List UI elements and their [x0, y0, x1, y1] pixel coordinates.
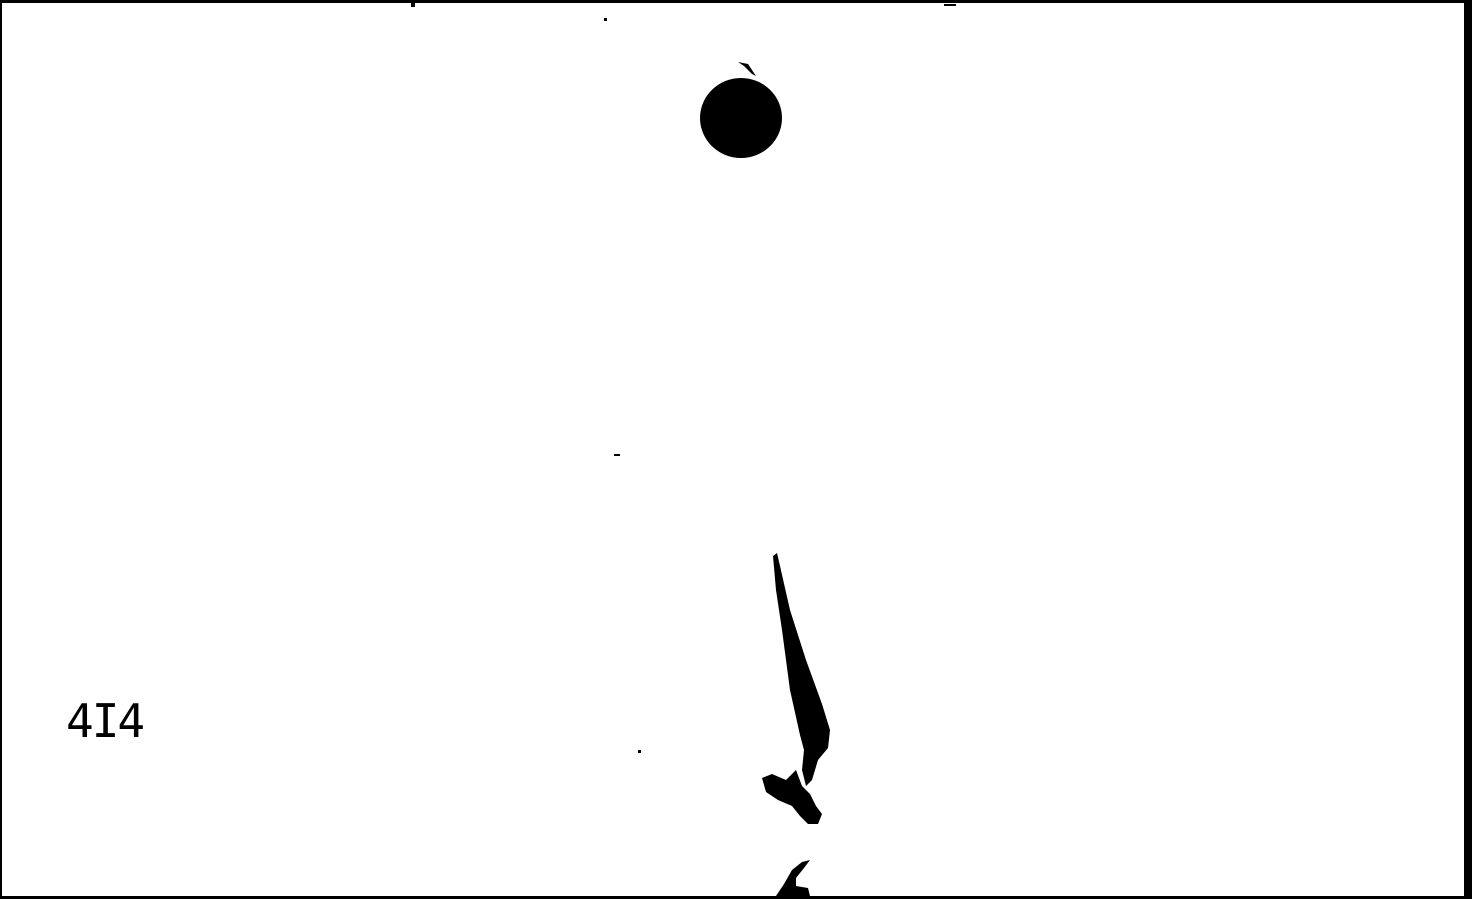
- ink-curl-icon: [776, 860, 810, 896]
- ink-stroke-icon: [773, 553, 830, 786]
- tick-mark-icon: [738, 62, 756, 76]
- ink-marks: [0, 0, 1472, 899]
- ink-blob-icon: [762, 770, 822, 824]
